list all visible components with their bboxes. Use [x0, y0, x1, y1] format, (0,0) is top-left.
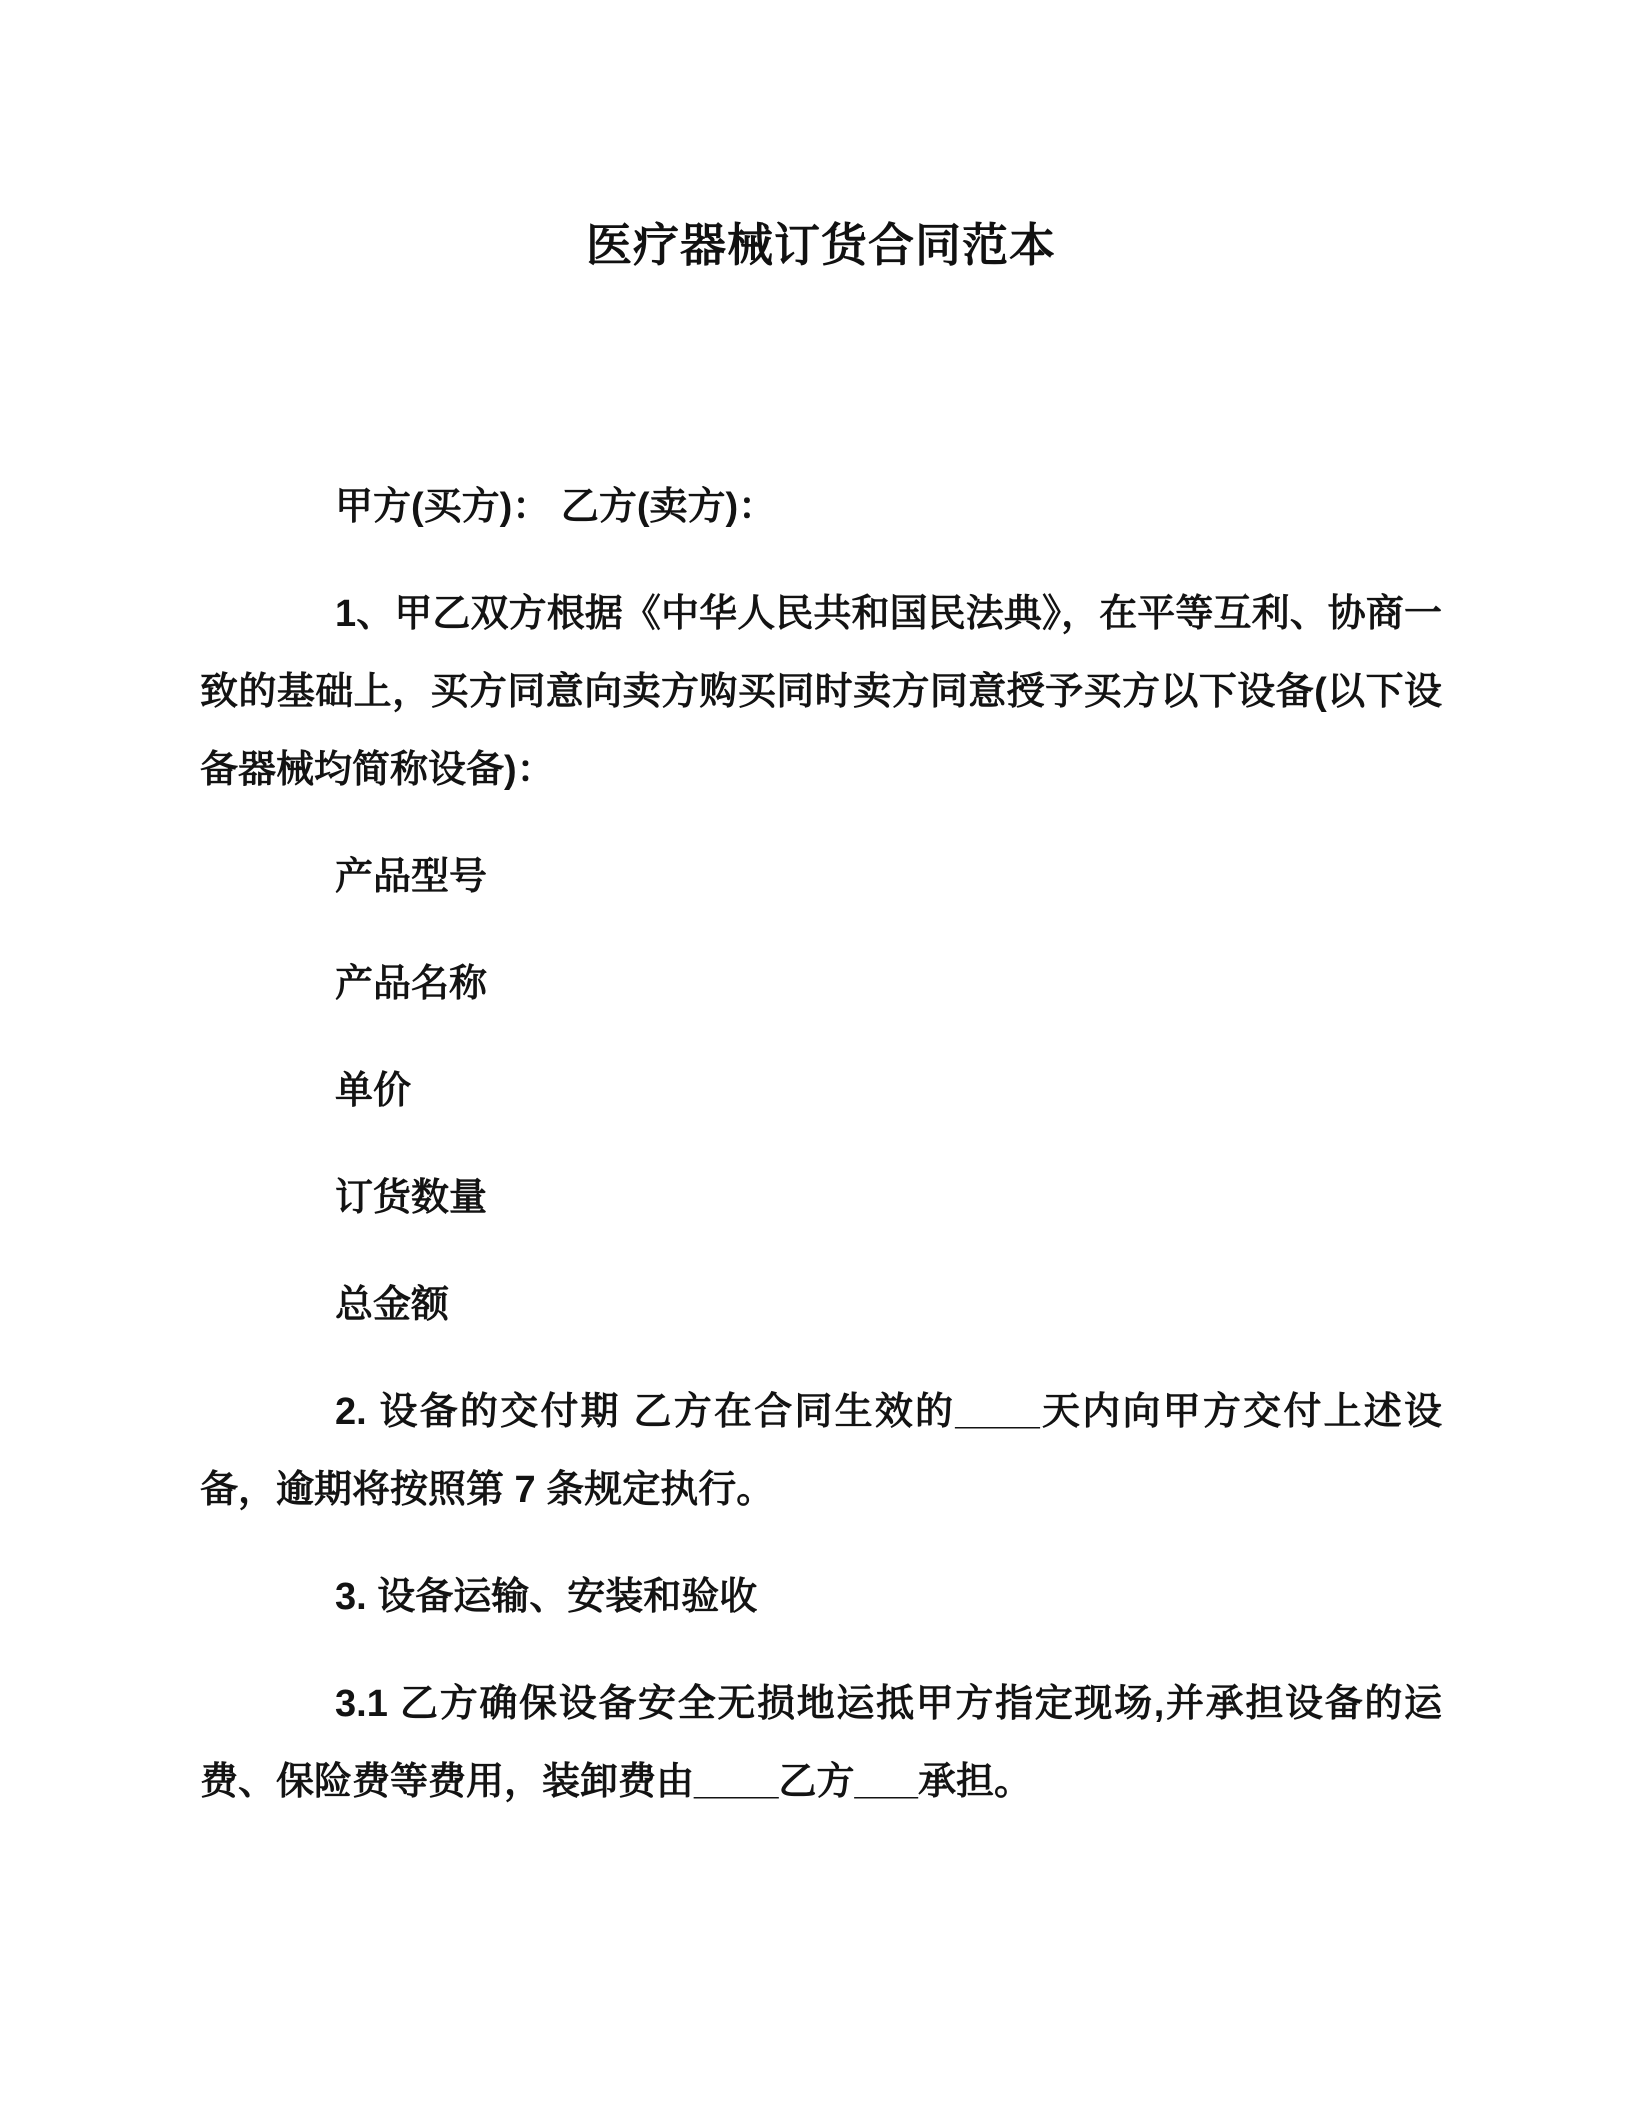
clause-2-delivery: 2. 设备的交付期 乙方在合同生效的____天内向甲方交付上述设备，逾期将按照第… — [200, 1373, 1442, 1529]
total-amount-label: 总金额 — [200, 1266, 1442, 1344]
clause-3-heading: 3. 设备运输、安装和验收 — [200, 1558, 1442, 1636]
product-name-label: 产品名称 — [200, 945, 1442, 1023]
product-model-label: 产品型号 — [200, 838, 1442, 916]
parties-line: 甲方(买方)： 乙方(卖方)： — [200, 468, 1442, 546]
contract-document-page: 医疗器械订货合同范本 甲方(买方)： 乙方(卖方)： 1、甲乙双方根据《中华人民… — [0, 0, 1632, 2112]
contract-title: 医疗器械订货合同范本 — [200, 213, 1442, 277]
order-quantity-label: 订货数量 — [200, 1159, 1442, 1237]
clause-1: 1、甲乙双方根据《中华人民共和国民法典》，在平等互利、协商一致的基础上，买方同意… — [200, 575, 1442, 809]
unit-price-label: 单价 — [200, 1052, 1442, 1130]
clause-3-1-transport: 3.1 乙方确保设备安全无损地运抵甲方指定现场,并承担设备的运费、保险费等费用，… — [200, 1665, 1442, 1821]
